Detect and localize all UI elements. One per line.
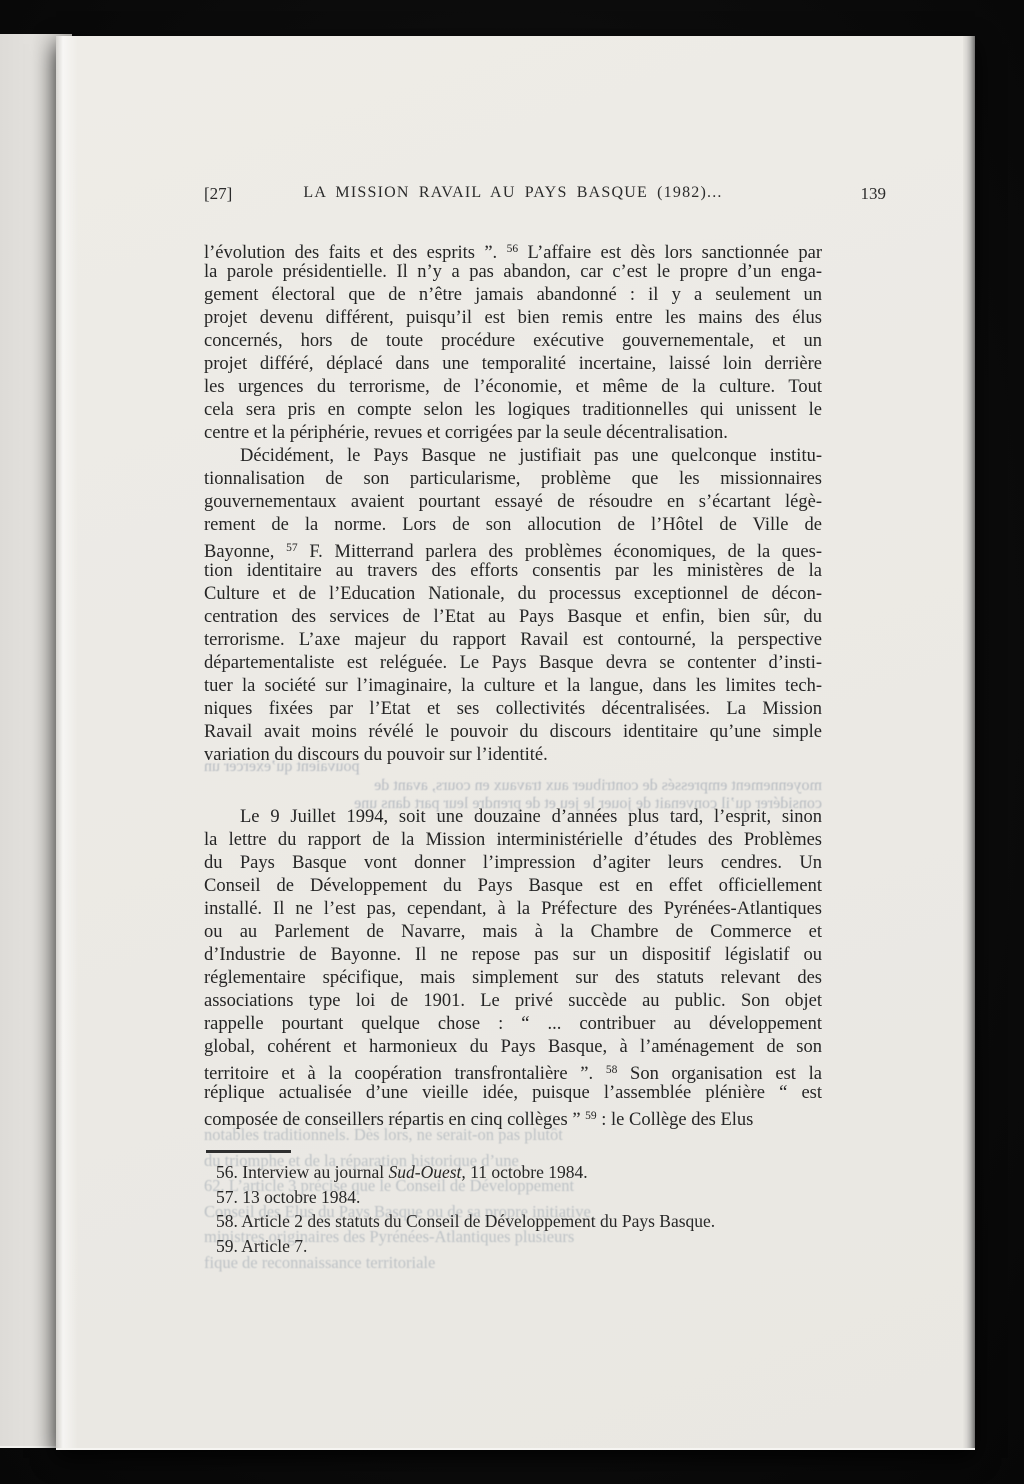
footnote-rule — [206, 1150, 291, 1153]
footnote-reference: 58 — [606, 1064, 618, 1076]
text-line: centration des services de l’Etat au Pay… — [204, 606, 822, 629]
text-segment: L’affaire est dès lors sanctionnée par — [518, 243, 822, 263]
text-segment: Bayonne, — [204, 542, 286, 562]
bleed-line: considérer qu’il convenait de jouer le j… — [204, 795, 822, 814]
text-line: réplique actualisée d’une vieille idée, … — [204, 1082, 822, 1105]
text-line: Culture et de l’Education Nationale, du … — [204, 583, 822, 606]
text-line: territoire et à la coopération transfron… — [204, 1059, 822, 1082]
footnote-reference: 56 — [507, 243, 519, 255]
text-segment: territoire et à la coopération transfron… — [204, 1064, 606, 1084]
text-line: projet différé, déplacé dans une tempora… — [204, 353, 822, 376]
text-line: gouvernementaux avaient pourtant essayé … — [204, 491, 822, 514]
text-line: la lettre du rapport de la Mission inter… — [204, 829, 822, 852]
book-page: [27] LA MISSION RAVAIL AU PAYS BASQUE (1… — [56, 36, 975, 1450]
text-line: Décidément, le Pays Basque ne justifiait… — [204, 445, 822, 468]
footnote-text: 56. Interview au journal — [216, 1162, 389, 1182]
text-line: départementaliste est reléguée. Le Pays … — [204, 652, 822, 675]
footnote-item: 57. 13 octobre 1984. — [204, 1185, 844, 1210]
text-line: centre et la périphérie, revues et corri… — [204, 422, 822, 445]
bleed-line: moyennement empressés de contribuer aux … — [204, 777, 822, 796]
footnotes: 56. Interview au journal Sud-Ouest, 11 o… — [204, 1160, 844, 1258]
text-line: la parole présidentielle. Il n’y a pas a… — [204, 261, 822, 284]
paragraph: l’évolution des faits et des esprits ”. … — [204, 238, 822, 445]
text-line: Bayonne, 57 F. Mitterrand parlera des pr… — [204, 537, 822, 560]
text-segment: F. Mitterrand parlera des problèmes écon… — [298, 542, 822, 562]
body-text: l’évolution des faits et des esprits ”. … — [204, 238, 822, 1128]
footnote-text: Sud-Ouest, — [389, 1162, 466, 1182]
bleedthrough-gap: pouvaient qu’exercer unmoyennement empre… — [204, 758, 822, 814]
text-line: installé. Il ne l’est pas, cependant, à … — [204, 898, 822, 921]
footnote-text: 59. Article 7. — [216, 1236, 307, 1256]
text-line: d’Industrie de Bayonne. Il ne repose pas… — [204, 944, 822, 967]
footnote-reference: 59 — [585, 1110, 597, 1122]
text-line: rappelle pourtant quelque chose : “ ... … — [204, 1013, 822, 1036]
text-line: les urgences du terrorisme, de l’économi… — [204, 376, 822, 399]
paragraph: Décidément, le Pays Basque ne justifiait… — [204, 445, 822, 767]
text-line: l’évolution des faits et des esprits ”. … — [204, 238, 822, 261]
text-segment: Son organisation est la — [617, 1064, 822, 1084]
paragraph: Le 9 Juillet 1994, soit une douzaine d’a… — [204, 806, 822, 1128]
text-line: concernés, hors de toute procédure exécu… — [204, 330, 822, 353]
page-number: 139 — [861, 184, 887, 204]
text-line: gement électoral que de n’être jamais ab… — [204, 284, 822, 307]
running-title: LA MISSION RAVAIL AU PAYS BASQUE (1982).… — [204, 184, 822, 202]
text-line: global, cohérent et harmonieux du Pays B… — [204, 1036, 822, 1059]
footnote-item: 59. Article 7. — [204, 1234, 844, 1259]
text-line: associations type loi de 1901. Le privé … — [204, 990, 822, 1013]
footnote-text: 58. Article 2 des statuts du Conseil de … — [216, 1211, 715, 1231]
text-line: tion identitaire au travers des efforts … — [204, 560, 822, 583]
footnote-reference: 57 — [286, 542, 298, 554]
text-line: réglementaire spécifique, mais simplemen… — [204, 967, 822, 990]
text-line: Ravail avait moins révélé le pouvoir du … — [204, 721, 822, 744]
footnote-item: 56. Interview au journal Sud-Ouest, 11 o… — [204, 1160, 844, 1185]
text-line: niques fixées par l’Etat et ses collecti… — [204, 698, 822, 721]
scan-backdrop: { "page": { "header": { "bracket_number"… — [0, 0, 1024, 1484]
text-line: Conseil de Développement du Pays Basque … — [204, 875, 822, 898]
text-line: cela sera pris en compte selon les logiq… — [204, 399, 822, 422]
footnote-text: 11 octobre 1984. — [466, 1162, 588, 1182]
bleed-line: notables traditionnels. Dès lors, ne ser… — [204, 1122, 844, 1148]
text-line: rement de la norme. Lors de son allocuti… — [204, 514, 822, 537]
text-line: projet devenu différent, puisqu’il est b… — [204, 307, 822, 330]
text-line: du Pays Basque vont donner l’impression … — [204, 852, 822, 875]
text-line: terrorisme. L’axe majeur du rapport Rava… — [204, 629, 822, 652]
text-segment: l’évolution des faits et des esprits ”. — [204, 243, 507, 263]
text-line: ou au Parlement de Navarre, mais à la Ch… — [204, 921, 822, 944]
page-header: [27] LA MISSION RAVAIL AU PAYS BASQUE (1… — [204, 184, 822, 208]
text-line: tionnalisation de son particularisme, pr… — [204, 468, 822, 491]
text-line: tuer la société sur l’imaginaire, la cul… — [204, 675, 822, 698]
bleed-line: pouvaient qu’exercer un — [204, 758, 822, 777]
footnote-text: 57. 13 octobre 1984. — [216, 1187, 360, 1207]
footnote-item: 58. Article 2 des statuts du Conseil de … — [204, 1209, 844, 1234]
